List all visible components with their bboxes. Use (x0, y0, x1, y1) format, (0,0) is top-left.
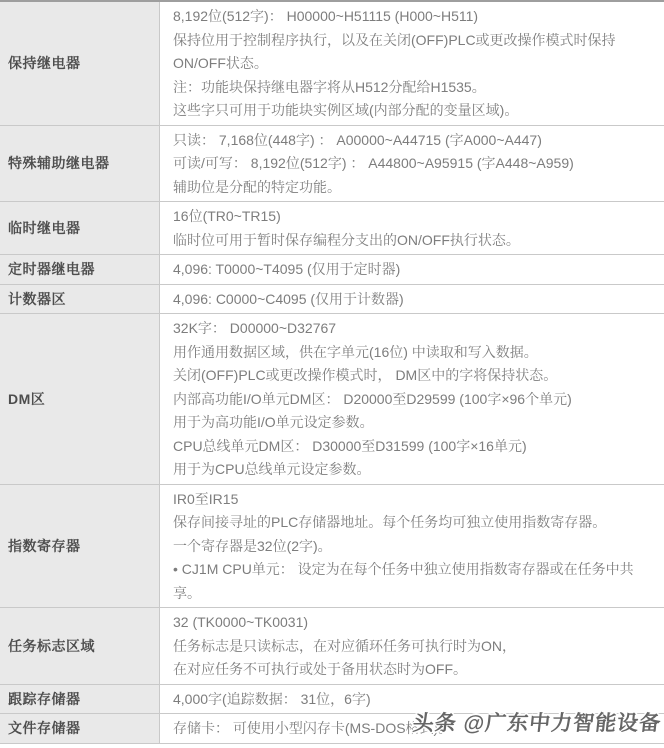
row-content-temporary-relay: 16位(TR0~TR15) 临时位可用于暂时保存编程分支出的ON/OFF执行状态… (160, 202, 664, 254)
row-content-index-register: IR0至IR15 保存间接寻址的PLC存储器地址。每个任务均可独立使用指数寄存器… (160, 485, 664, 608)
row-header-temporary-relay: 临时继电器 (0, 202, 160, 254)
row-header-dm-area: DM区 (0, 314, 160, 484)
spec-line: CPU总线单元DM区： D30000至D31599 (100字×16单元) (173, 435, 658, 459)
spec-line: 这些字只可用于功能块实例区域(内部分配的变量区域)。 (173, 99, 658, 123)
spec-line: 一个寄存器是32位(2字)。 (173, 535, 658, 559)
spec-line: IR0至IR15 (173, 488, 658, 512)
row-header-task-flag-area: 任务标志区域 (0, 608, 160, 684)
spec-line: 临时位可用于暂时保存编程分支出的ON/OFF执行状态。 (173, 229, 658, 253)
row-header-holding-relay: 保持继电器 (0, 2, 160, 125)
row-header-trace-memory: 跟踪存储器 (0, 685, 160, 714)
spec-line: 关闭(OFF)PLC或更改操作模式时， DM区中的字将保持状态。 (173, 364, 658, 388)
spec-line: 在对应任务不可执行或处于备用状态时为OFF。 (173, 658, 658, 682)
table-row-task-flag-area: 任务标志区域 32 (TK0000~TK0031) 任务标志是只读标志，在对应循… (0, 608, 664, 685)
row-header-special-auxiliary-relay: 特殊辅助继电器 (0, 126, 160, 202)
table-row-holding-relay: 保持继电器 8,192位(512字)： H00000~H51115 (H000~… (0, 2, 664, 126)
row-content-counter-area: 4,096: C0000~C4095 (仅用于计数器) (160, 285, 664, 314)
spec-line: 32K字： D00000~D32767 (173, 317, 658, 341)
table-row-special-auxiliary-relay: 特殊辅助继电器 只读： 7,168位(448字) ： A00000~A44715… (0, 126, 664, 203)
spec-line: 注：功能块保持继电器字将从H512分配给H1535。 (173, 76, 658, 100)
row-content-special-auxiliary-relay: 只读： 7,168位(448字) ： A00000~A44715 (字A000~… (160, 126, 664, 202)
row-content-task-flag-area: 32 (TK0000~TK0031) 任务标志是只读标志，在对应循环任务可执行时… (160, 608, 664, 684)
spec-line: 32 (TK0000~TK0031) (173, 611, 658, 635)
spec-line: 用于为高功能I/O单元设定参数。 (173, 411, 658, 435)
spec-line: 任务标志是只读标志，在对应循环任务可执行时为ON， (173, 635, 658, 659)
table-row-timer-relay: 定时器继电器 4,096: T0000~T4095 (仅用于定时器) (0, 255, 664, 285)
row-header-counter-area: 计数器区 (0, 285, 160, 314)
row-content-timer-relay: 4,096: T0000~T4095 (仅用于定时器) (160, 255, 664, 284)
watermark-toutiao: 头条 @广东中力智能设备 (411, 707, 662, 737)
spec-line: 只读： 7,168位(448字) ： A00000~A44715 (字A000~… (173, 129, 658, 153)
spec-line: 4,096: C0000~C4095 (仅用于计数器) (173, 288, 658, 312)
spec-line: 用作通用数据区域，供在字单元(16位) 中读取和写入数据。 (173, 341, 658, 365)
table-row-dm-area: DM区 32K字： D00000~D32767 用作通用数据区域，供在字单元(1… (0, 314, 664, 485)
spec-line: 内部高功能I/O单元DM区： D20000至D29599 (100字×96个单元… (173, 388, 658, 412)
spec-line: 8,192位(512字)： H00000~H51115 (H000~H511) (173, 5, 658, 29)
row-content-dm-area: 32K字： D00000~D32767 用作通用数据区域，供在字单元(16位) … (160, 314, 664, 484)
spec-line: 保持位用于控制程序执行，以及在关闭(OFF)PLC或更改操作模式时保持 (173, 29, 658, 53)
row-header-file-memory: 文件存储器 (0, 714, 160, 743)
row-header-timer-relay: 定时器继电器 (0, 255, 160, 284)
plc-memory-area-table: 保持继电器 8,192位(512字)： H00000~H51115 (H000~… (0, 0, 664, 744)
spec-line: 享。 (173, 582, 658, 606)
table-row-temporary-relay: 临时继电器 16位(TR0~TR15) 临时位可用于暂时保存编程分支出的ON/O… (0, 202, 664, 255)
spec-line: ON/OFF状态。 (173, 52, 658, 76)
row-header-index-register: 指数寄存器 (0, 485, 160, 608)
table-row-counter-area: 计数器区 4,096: C0000~C4095 (仅用于计数器) (0, 285, 664, 315)
spec-line: 16位(TR0~TR15) (173, 205, 658, 229)
table-row-index-register: 指数寄存器 IR0至IR15 保存间接寻址的PLC存储器地址。每个任务均可独立使… (0, 485, 664, 609)
spec-line: • CJ1M CPU单元： 设定为在每个任务中独立使用指数寄存器或在任务中共 (173, 558, 658, 582)
spec-line: 保存间接寻址的PLC存储器地址。每个任务均可独立使用指数寄存器。 (173, 511, 658, 535)
spec-line: 用于为CPU总线单元设定参数。 (173, 458, 658, 482)
spec-line: 辅助位是分配的特定功能。 (173, 176, 658, 200)
row-content-holding-relay: 8,192位(512字)： H00000~H51115 (H000~H511) … (160, 2, 664, 125)
spec-line: 可读/可写： 8,192位(512字) ： A44800~A95915 (字A4… (173, 152, 658, 176)
spec-line: 4,096: T0000~T4095 (仅用于定时器) (173, 258, 658, 282)
